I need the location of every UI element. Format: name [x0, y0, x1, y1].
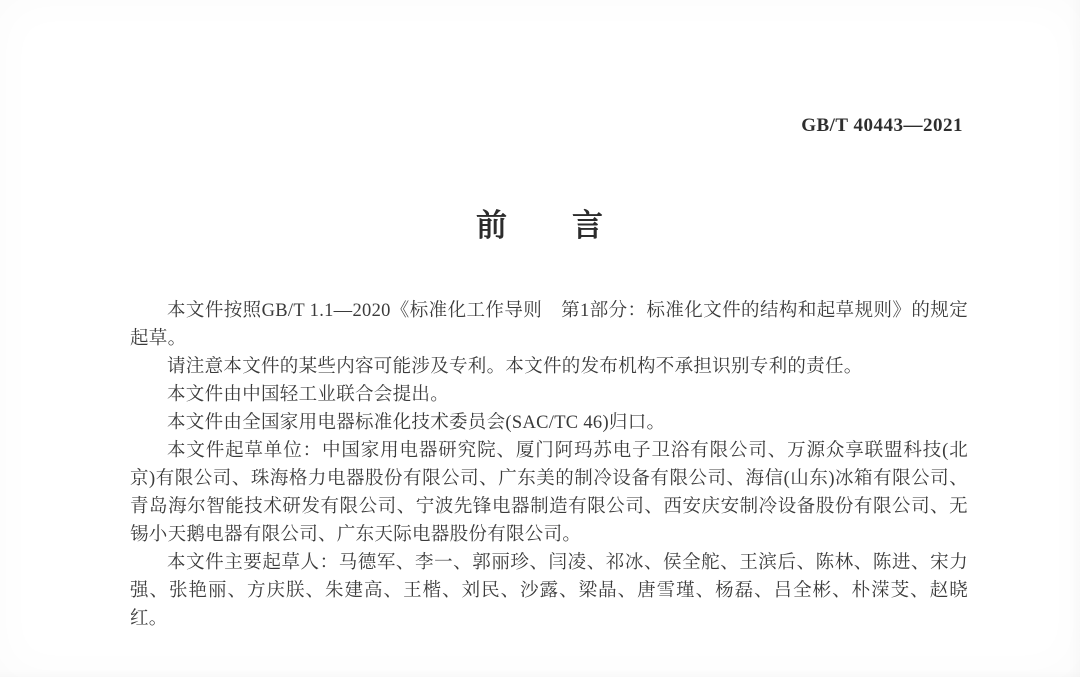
- foreword-body: 本文件按照GB/T 1.1—2020《标准化工作导则 第1部分：标准化文件的结构…: [130, 297, 968, 633]
- paragraph-proposed-by: 本文件由中国轻工业联合会提出。: [130, 381, 968, 409]
- paragraph-patent-notice: 请注意本文件的某些内容可能涉及专利。本文件的发布机构不承担识别专利的责任。: [130, 353, 968, 381]
- foreword-title: 前 言: [0, 200, 1080, 245]
- paragraph-main-drafters: 本文件主要起草人：马德军、李一、郭丽珍、闫凌、祁冰、侯全舵、王滨后、陈林、陈进、…: [130, 549, 968, 633]
- document-page: GB/T 40443—2021 前 言 本文件按照GB/T 1.1—2020《标…: [0, 0, 1080, 677]
- standard-number: GB/T 40443—2021: [801, 115, 963, 137]
- scan-edge-artifact-right: [1068, 0, 1080, 677]
- paragraph-drafting-organizations: 本文件起草单位：中国家用电器研究院、厦门阿玛苏电子卫浴有限公司、万源众享联盟科技…: [130, 437, 968, 549]
- paragraph-centralized-by: 本文件由全国家用电器标准化技术委员会(SAC/TC 46)归口。: [130, 409, 968, 437]
- scan-edge-artifact-bottom: [0, 669, 1080, 677]
- paragraph-drafting-rules: 本文件按照GB/T 1.1—2020《标准化工作导则 第1部分：标准化文件的结构…: [130, 297, 968, 353]
